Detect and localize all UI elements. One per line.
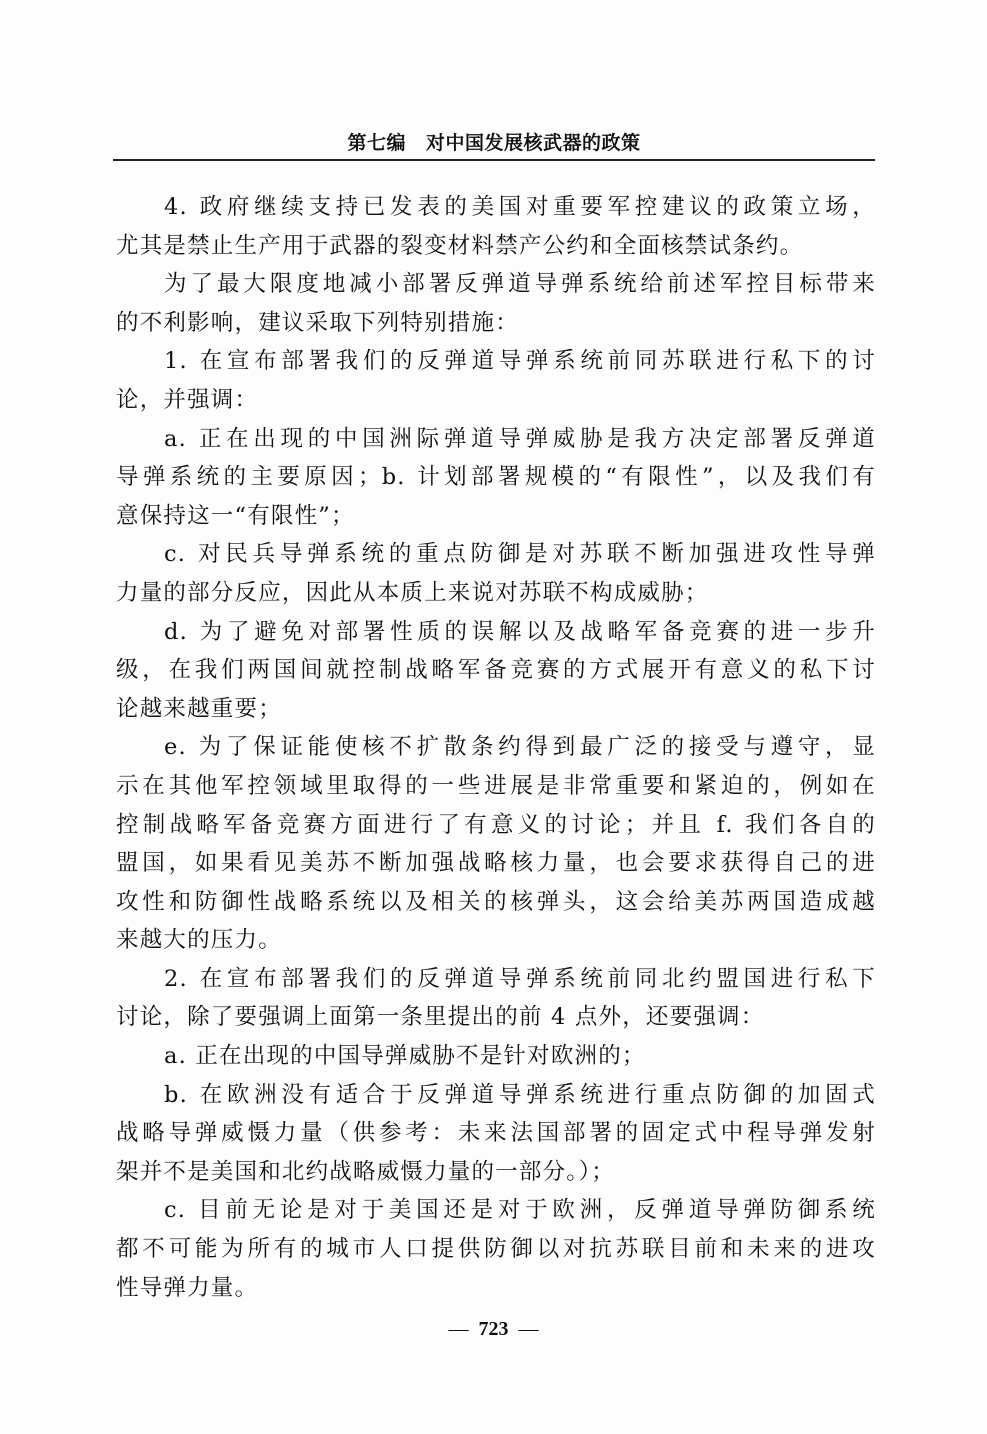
text-line: 论越来越重要； bbox=[116, 690, 876, 729]
text-line: 盟国，如果看见美苏不断加强战略核力量，也会要求获得自己的进 bbox=[116, 844, 876, 883]
text-line: 战略导弹威慑力量（供参考：未来法国部署的固定式中程导弹发射 bbox=[116, 1114, 876, 1153]
paragraph-item-4: 4. 政府继续支持已发表的美国对重要军控建议的政策立场， 尤其是禁止生产用于武器… bbox=[116, 188, 876, 265]
text-line: c. 目前无论是对于美国还是对于欧洲，反弹道导弹防御系统 bbox=[116, 1191, 876, 1230]
document-page: 第七编对中国发展核武器的政策 4. 政府继续支持已发表的美国对重要军控建议的政策… bbox=[0, 0, 987, 1434]
footer-dash-left: — bbox=[449, 1318, 469, 1341]
text-line: 为了最大限度地减小部署反弹道导弹系统给前述军控目标带来 bbox=[116, 265, 876, 304]
header-title: 对中国发展核武器的政策 bbox=[426, 132, 641, 154]
paragraph-2c: c. 目前无论是对于美国还是对于欧洲，反弹道导弹防御系统 都不可能为所有的城市人… bbox=[116, 1191, 876, 1307]
text-line: 来越大的压力。 bbox=[116, 921, 876, 960]
text-line: b. 在欧洲没有适合于反弹道导弹系统进行重点防御的加固式 bbox=[116, 1076, 876, 1115]
text-line: a. 正在出现的中国导弹威胁不是针对欧洲的； bbox=[116, 1037, 876, 1076]
text-line: 尤其是禁止生产用于武器的裂变材料禁产公约和全面核禁试条约。 bbox=[116, 227, 876, 266]
paragraph-intro-measures: 为了最大限度地减小部署反弹道导弹系统给前述军控目标带来 的不利影响，建议采取下列… bbox=[116, 265, 876, 342]
text-line: 意保持这一“有限性”； bbox=[116, 497, 876, 536]
body-text: 4. 政府继续支持已发表的美国对重要军控建议的政策立场， 尤其是禁止生产用于武器… bbox=[116, 188, 876, 1307]
paragraph-measure-2: 2. 在宣布部署我们的反弹道导弹系统前同北约盟国进行私下 讨论，除了要强调上面第… bbox=[116, 960, 876, 1037]
paragraph-1d: d. 为了避免对部署性质的误解以及战略军备竞赛的进一步升 级，在我们两国间就控制… bbox=[116, 613, 876, 729]
text-line: 力量的部分反应，因此从本质上来说对苏联不构成威胁； bbox=[116, 574, 876, 613]
text-line: 2. 在宣布部署我们的反弹道导弹系统前同北约盟国进行私下 bbox=[116, 960, 876, 999]
text-line: 4. 政府继续支持已发表的美国对重要军控建议的政策立场， bbox=[116, 188, 876, 227]
text-line: 的不利影响，建议采取下列特别措施： bbox=[116, 304, 876, 343]
paragraph-1a-1b: a. 正在出现的中国洲际弹道导弹威胁是我方决定部署反弹道 导弹系统的主要原因；b… bbox=[116, 420, 876, 536]
page-number: 723 bbox=[479, 1318, 509, 1340]
text-line: 论，并强调： bbox=[116, 381, 876, 420]
paragraph-2b: b. 在欧洲没有适合于反弹道导弹系统进行重点防御的加固式 战略导弹威慑力量（供参… bbox=[116, 1076, 876, 1192]
text-line: a. 正在出现的中国洲际弹道导弹威胁是我方决定部署反弹道 bbox=[116, 420, 876, 459]
text-line: 级，在我们两国间就控制战略军备竞赛的方式展开有意义的私下讨 bbox=[116, 651, 876, 690]
paragraph-measure-1: 1. 在宣布部署我们的反弹道导弹系统前同苏联进行私下的讨 论，并强调： bbox=[116, 342, 876, 419]
text-line: 都不可能为所有的城市人口提供防御以对抗苏联目前和未来的进攻 bbox=[116, 1230, 876, 1269]
text-line: e. 为了保证能使核不扩散条约得到最广泛的接受与遵守，显 bbox=[116, 728, 876, 767]
text-line: c. 对民兵导弹系统的重点防御是对苏联不断加强进攻性导弹 bbox=[116, 535, 876, 574]
text-line: 攻性和防御性战略系统以及相关的核弹头，这会给美苏两国造成越 bbox=[116, 883, 876, 922]
text-line: 控制战略军备竞赛方面进行了有意义的讨论；并且 f. 我们各自的 bbox=[116, 806, 876, 845]
header-rule bbox=[113, 159, 875, 161]
text-line: 架并不是美国和北约战略威慑力量的一部分。）； bbox=[116, 1153, 876, 1192]
text-line: 讨论，除了要强调上面第一条里提出的前 4 点外，还要强调： bbox=[116, 998, 876, 1037]
paragraph-1c: c. 对民兵导弹系统的重点防御是对苏联不断加强进攻性导弹 力量的部分反应，因此从… bbox=[116, 535, 876, 612]
paragraph-2a: a. 正在出现的中国导弹威胁不是针对欧洲的； bbox=[116, 1037, 876, 1076]
text-line: 示在其他军控领域里取得的一些进展是非常重要和紧迫的，例如在 bbox=[116, 767, 876, 806]
page-footer: —723— bbox=[0, 1318, 987, 1341]
running-header: 第七编对中国发展核武器的政策 bbox=[113, 128, 875, 155]
text-line: d. 为了避免对部署性质的误解以及战略军备竞赛的进一步升 bbox=[116, 613, 876, 652]
header-part: 第七编 bbox=[347, 132, 406, 154]
text-line: 1. 在宣布部署我们的反弹道导弹系统前同苏联进行私下的讨 bbox=[116, 342, 876, 381]
text-line: 导弹系统的主要原因；b. 计划部署规模的“有限性”，以及我们有 bbox=[116, 458, 876, 497]
text-line: 性导弹力量。 bbox=[116, 1269, 876, 1308]
footer-dash-right: — bbox=[519, 1318, 539, 1341]
paragraph-1e-1f: e. 为了保证能使核不扩散条约得到最广泛的接受与遵守，显 示在其他军控领域里取得… bbox=[116, 728, 876, 960]
